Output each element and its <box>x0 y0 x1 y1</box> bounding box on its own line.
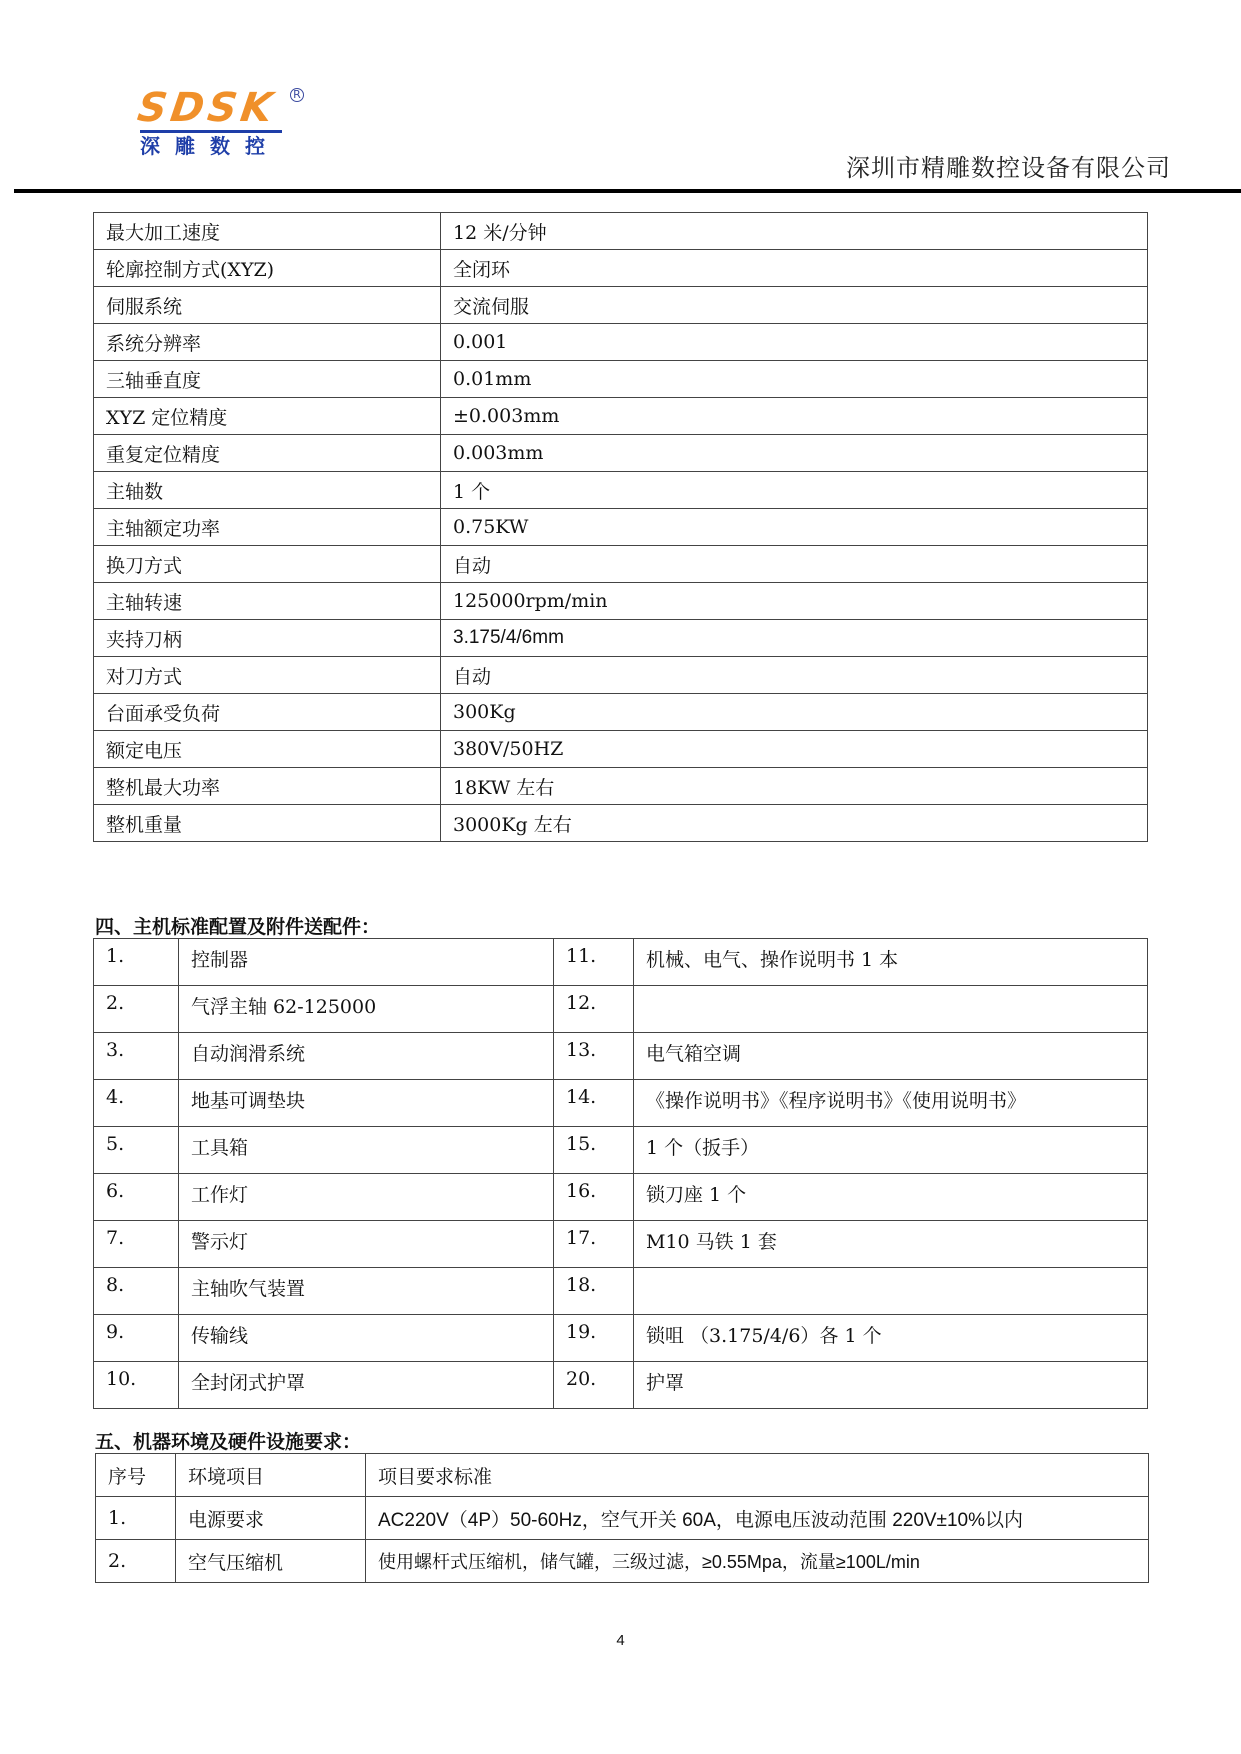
table-row: 1. 电源要求 AC220V（4P）50-60Hz，空气开关 60A，电源电压波… <box>96 1497 1149 1540</box>
table-row: 9.传输线19.锁咀 （3.175/4/6）各 1 个 <box>94 1315 1148 1362</box>
column-header: 序号 <box>96 1454 176 1497</box>
environment-table: 序号 环境项目 项目要求标准 1. 电源要求 AC220V（4P）50-60Hz… <box>95 1453 1149 1583</box>
item-number: 17. <box>554 1221 634 1268</box>
spec-key: 台面承受负荷 <box>94 694 441 731</box>
spec-key: 三轴垂直度 <box>94 361 441 398</box>
registered-trademark-icon: R <box>290 88 304 102</box>
spec-value: 0.01mm <box>441 361 1148 398</box>
table-row: 1.控制器11.机械、电气、操作说明书 1 本 <box>94 939 1148 986</box>
spec-value: 0.003mm <box>441 435 1148 472</box>
environment-item: 空气压缩机 <box>176 1540 366 1583</box>
page-number: 4 <box>0 1632 1241 1649</box>
item-number: 15. <box>554 1127 634 1174</box>
table-row: 系统分辨率0.001 <box>94 324 1148 361</box>
column-header: 项目要求标准 <box>366 1454 1149 1497</box>
spec-key: 重复定位精度 <box>94 435 441 472</box>
logo-mark: SDSK <box>135 88 278 128</box>
item-number: 6. <box>94 1174 179 1221</box>
spec-value: 全闭环 <box>441 250 1148 287</box>
spec-key: 夹持刀柄 <box>94 620 441 657</box>
item-number: 3. <box>94 1033 179 1080</box>
spec-value: ±0.003mm <box>441 398 1148 435</box>
item-number: 1. <box>94 939 179 986</box>
table-row: 7.警示灯17.M10 马铁 1 套 <box>94 1221 1148 1268</box>
spec-value: 12 米/分钟 <box>441 213 1148 250</box>
item-number: 13. <box>554 1033 634 1080</box>
table-row: 2. 空气压缩机 使用螺杆式压缩机，储气罐，三级过滤，≥0.55Mpa，流量≥1… <box>96 1540 1149 1583</box>
item-number: 19. <box>554 1315 634 1362</box>
table-row: 三轴垂直度0.01mm <box>94 361 1148 398</box>
spec-key: 换刀方式 <box>94 546 441 583</box>
item-number: 18. <box>554 1268 634 1315</box>
table-row: 夹持刀柄3.175/4/6mm <box>94 620 1148 657</box>
table-row: 对刀方式自动 <box>94 657 1148 694</box>
table-row: 整机最大功率18KW 左右 <box>94 768 1148 805</box>
item-name: 机械、电气、操作说明书 1 本 <box>634 939 1148 986</box>
column-header: 环境项目 <box>176 1454 366 1497</box>
requirement: 使用螺杆式压缩机，储气罐，三级过滤，≥0.55Mpa，流量≥100L/min <box>366 1540 1149 1583</box>
spec-value: 3000Kg 左右 <box>441 805 1148 842</box>
table-row: 台面承受负荷300Kg <box>94 694 1148 731</box>
table-row: 最大加工速度12 米/分钟 <box>94 213 1148 250</box>
row-number: 1. <box>96 1497 176 1540</box>
spec-table: 最大加工速度12 米/分钟 轮廓控制方式(XYZ)全闭环 伺服系统交流伺服 系统… <box>93 212 1148 842</box>
item-number: 4. <box>94 1080 179 1127</box>
item-name: 锁刀座 1 个 <box>634 1174 1148 1221</box>
table-row: 主轴转速125000rpm/min <box>94 583 1148 620</box>
spec-key: 主轴转速 <box>94 583 441 620</box>
requirement: AC220V（4P）50-60Hz，空气开关 60A，电源电压波动范围 220V… <box>366 1497 1149 1540</box>
logo-divider <box>140 130 282 133</box>
table-row: 5.工具箱15.1 个（扳手） <box>94 1127 1148 1174</box>
spec-key: 整机重量 <box>94 805 441 842</box>
table-row: 主轴额定功率0.75KW <box>94 509 1148 546</box>
spec-value: 0.75KW <box>441 509 1148 546</box>
item-name: 警示灯 <box>179 1221 554 1268</box>
section-5-title: 五、机器环境及硬件设施要求： <box>95 1427 361 1454</box>
item-number: 10. <box>94 1362 179 1409</box>
table-row: 伺服系统交流伺服 <box>94 287 1148 324</box>
table-row: 重复定位精度0.003mm <box>94 435 1148 472</box>
table-row: 换刀方式自动 <box>94 546 1148 583</box>
row-number: 2. <box>96 1540 176 1583</box>
item-name: 全封闭式护罩 <box>179 1362 554 1409</box>
spec-key: 系统分辨率 <box>94 324 441 361</box>
spec-value: 1 个 <box>441 472 1148 509</box>
item-number: 20. <box>554 1362 634 1409</box>
spec-value: 125000rpm/min <box>441 583 1148 620</box>
spec-value: 300Kg <box>441 694 1148 731</box>
table-row: 3.自动润滑系统13.电气箱空调 <box>94 1033 1148 1080</box>
header-divider <box>14 189 1241 193</box>
item-name: 工具箱 <box>179 1127 554 1174</box>
table-row: 8.主轴吹气装置18. <box>94 1268 1148 1315</box>
spec-value: 交流伺服 <box>441 287 1148 324</box>
table-row: 6.工作灯16.锁刀座 1 个 <box>94 1174 1148 1221</box>
item-name: M10 马铁 1 套 <box>634 1221 1148 1268</box>
spec-key: 伺服系统 <box>94 287 441 324</box>
spec-key: 对刀方式 <box>94 657 441 694</box>
item-number: 5. <box>94 1127 179 1174</box>
item-name: 气浮主轴 62-125000 <box>179 986 554 1033</box>
accessories-table: 1.控制器11.机械、电气、操作说明书 1 本 2.气浮主轴 62-125000… <box>93 938 1148 1409</box>
item-name <box>634 986 1148 1033</box>
spec-key: 整机最大功率 <box>94 768 441 805</box>
table-header-row: 序号 环境项目 项目要求标准 <box>96 1454 1149 1497</box>
spec-value: 3.175/4/6mm <box>441 620 1148 657</box>
spec-value: 0.001 <box>441 324 1148 361</box>
item-number: 14. <box>554 1080 634 1127</box>
item-name: 锁咀 （3.175/4/6）各 1 个 <box>634 1315 1148 1362</box>
spec-value: 18KW 左右 <box>441 768 1148 805</box>
item-name: 地基可调垫块 <box>179 1080 554 1127</box>
logo-chinese-name: 深雕数控 <box>140 135 280 157</box>
table-row: 额定电压380V/50HZ <box>94 731 1148 768</box>
item-number: 16. <box>554 1174 634 1221</box>
item-number: 9. <box>94 1315 179 1362</box>
spec-key: 最大加工速度 <box>94 213 441 250</box>
spec-value: 380V/50HZ <box>441 731 1148 768</box>
item-name: 自动润滑系统 <box>179 1033 554 1080</box>
item-name <box>634 1268 1148 1315</box>
item-name: 《操作说明书》《程序说明书》《使用说明书》 <box>634 1080 1148 1127</box>
item-name: 1 个（扳手） <box>634 1127 1148 1174</box>
table-row: 主轴数1 个 <box>94 472 1148 509</box>
spec-key: XYZ 定位精度 <box>94 398 441 435</box>
spec-key: 主轴数 <box>94 472 441 509</box>
spec-key: 轮廓控制方式(XYZ) <box>94 250 441 287</box>
table-row: XYZ 定位精度±0.003mm <box>94 398 1148 435</box>
company-name: 深圳市精雕数控设备有限公司 <box>846 148 1171 183</box>
item-name: 控制器 <box>179 939 554 986</box>
spec-value: 自动 <box>441 657 1148 694</box>
table-row: 轮廓控制方式(XYZ)全闭环 <box>94 250 1148 287</box>
section-4-title: 四、主机标准配置及附件送配件： <box>95 912 380 939</box>
item-number: 7. <box>94 1221 179 1268</box>
item-number: 12. <box>554 986 634 1033</box>
table-row: 4.地基可调垫块14.《操作说明书》《程序说明书》《使用说明书》 <box>94 1080 1148 1127</box>
item-number: 8. <box>94 1268 179 1315</box>
spec-key: 主轴额定功率 <box>94 509 441 546</box>
item-name: 主轴吹气装置 <box>179 1268 554 1315</box>
item-name: 工作灯 <box>179 1174 554 1221</box>
item-number: 2. <box>94 986 179 1033</box>
item-name: 电气箱空调 <box>634 1033 1148 1080</box>
table-row: 2.气浮主轴 62-12500012. <box>94 986 1148 1033</box>
spec-value: 自动 <box>441 546 1148 583</box>
table-row: 10.全封闭式护罩20.护罩 <box>94 1362 1148 1409</box>
item-number: 11. <box>554 939 634 986</box>
table-row: 整机重量3000Kg 左右 <box>94 805 1148 842</box>
item-name: 传输线 <box>179 1315 554 1362</box>
company-logo: SDSK R 深雕数控 <box>138 88 308 158</box>
item-name: 护罩 <box>634 1362 1148 1409</box>
environment-item: 电源要求 <box>176 1497 366 1540</box>
spec-key: 额定电压 <box>94 731 441 768</box>
